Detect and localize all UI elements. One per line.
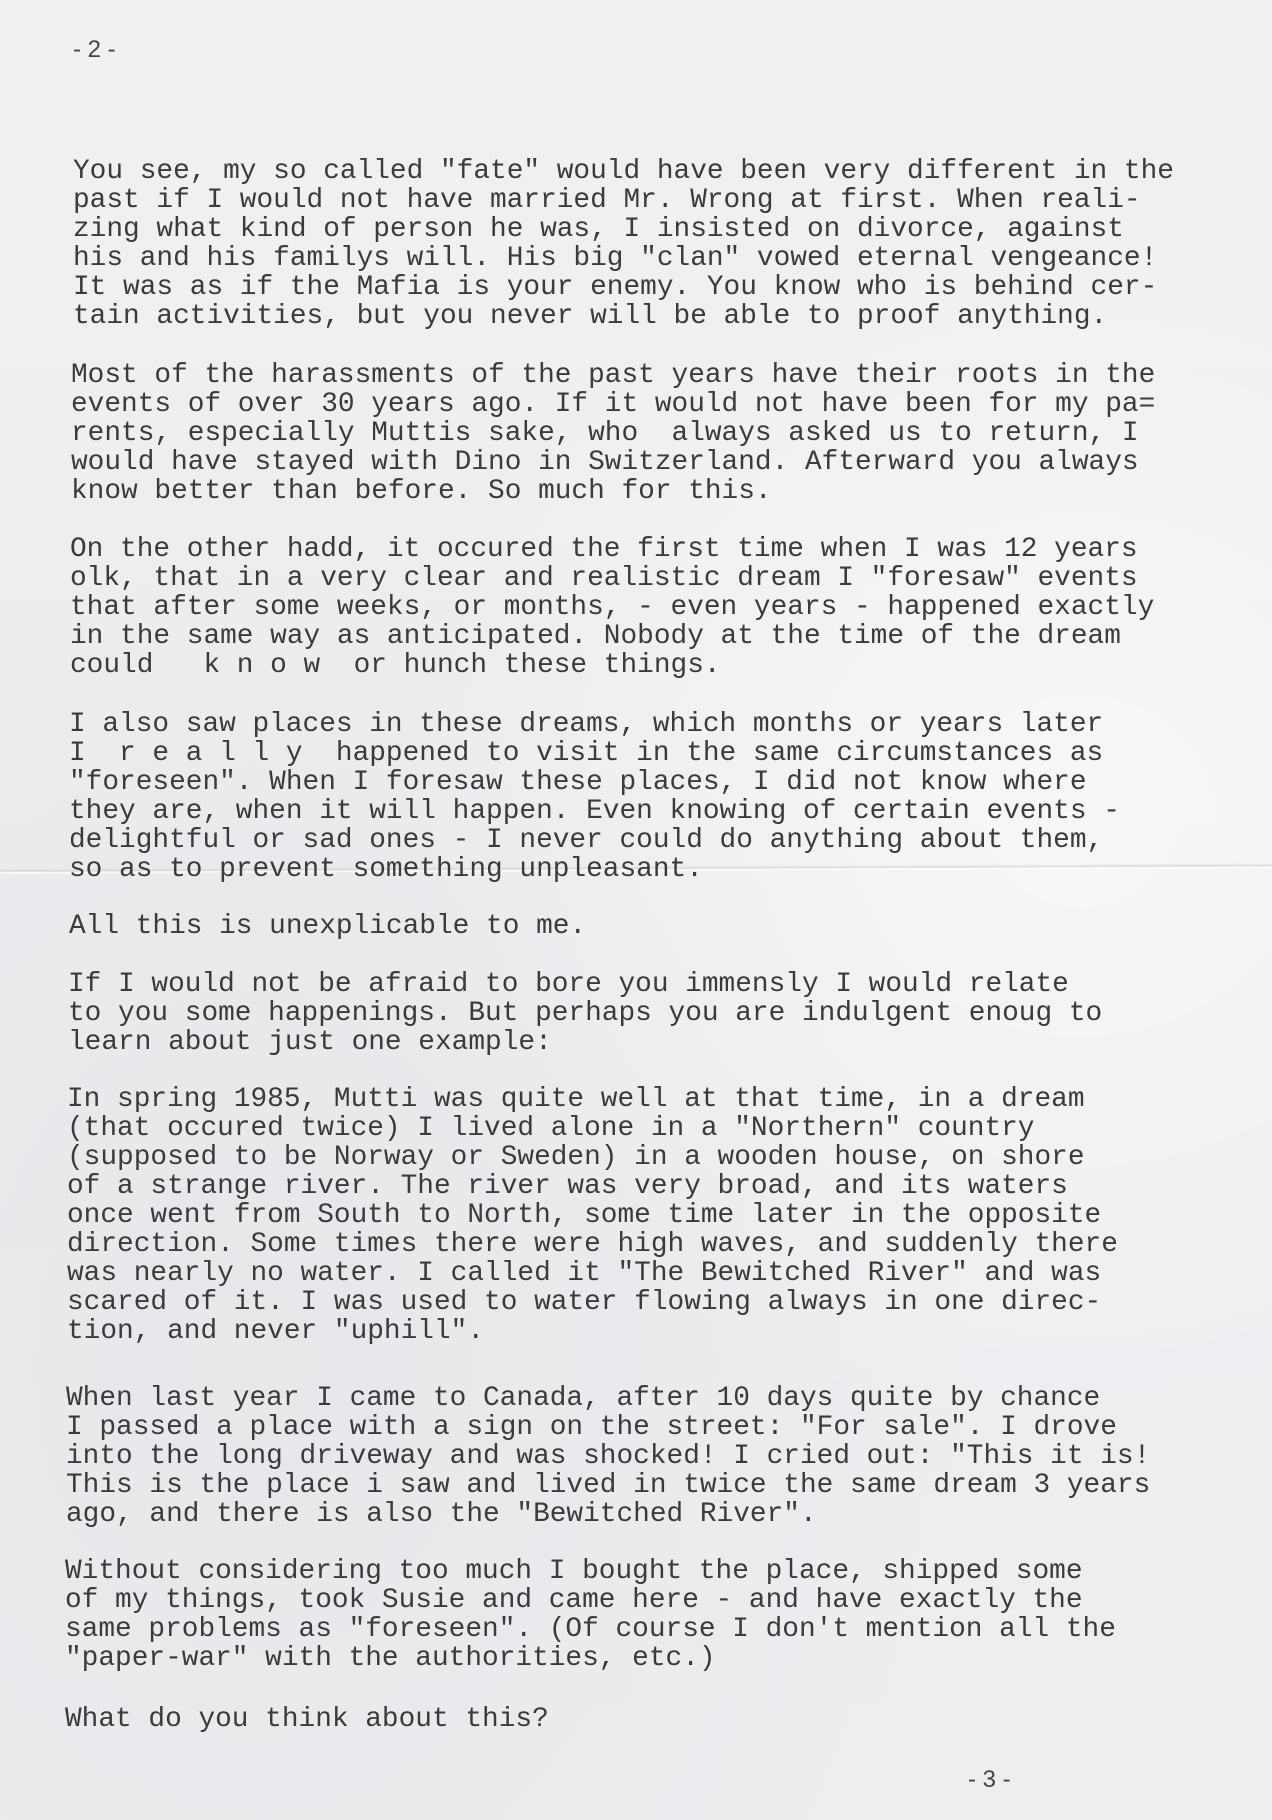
paragraph: If I would not be afraid to bore you imm… [68,970,1248,1057]
text-line: When last year I came to Canada, after 1… [66,1384,1246,1413]
text-line: past if I would not have married Mr. Wro… [73,186,1253,215]
text-line: into the long driveway and was shocked! … [66,1442,1246,1471]
text-line: in the same way as anticipated. Nobody a… [70,622,1250,651]
text-line: know better than before. So much for thi… [71,477,1251,506]
text-line: could k n o w or hunch these things. [70,651,1250,680]
text-line: (supposed to be Norway or Sweden) in a w… [67,1143,1247,1172]
paragraph: Most of the harassments of the past year… [71,361,1251,506]
text-line: scared of it. I was used to water flowin… [67,1288,1247,1317]
text-line: learn about just one example: [68,1028,1248,1057]
text-line: delightful or sad ones - I never could d… [69,826,1249,855]
text-line: his and his familys will. His big "clan"… [73,244,1253,273]
text-line: What do you think about this? [65,1705,1245,1734]
text-line: events of over 30 years ago. If it would… [71,390,1251,419]
text-line: Most of the harassments of the past year… [71,361,1251,390]
text-line: so as to prevent something unpleasant. [69,855,1249,884]
text-line: I passed a place with a sign on the stre… [66,1413,1246,1442]
paragraph: What do you think about this? [65,1705,1245,1734]
text-line: It was as if the Mafia is your enemy. Yo… [73,273,1253,302]
text-line: If I would not be afraid to bore you imm… [68,970,1248,999]
text-line: All this is unexplicable to me. [69,912,1249,941]
text-line: same problems as "foreseen". (Of course … [65,1615,1245,1644]
text-line: Without considering too much I bought th… [65,1557,1245,1586]
text-line: would have stayed with Dino in Switzerla… [71,448,1251,477]
footer-page-number: - 3 - [968,1766,1011,1794]
paragraph: I also saw places in these dreams, which… [69,710,1249,884]
paragraph: On the other hadd, it occured the first … [70,535,1250,680]
paragraph: All this is unexplicable to me. [69,912,1249,941]
paragraph: You see, my so called "fate" would have … [73,157,1253,331]
text-line: You see, my so called "fate" would have … [73,157,1253,186]
text-line: tain activities, but you never will be a… [73,302,1253,331]
text-line: On the other hadd, it occured the first … [70,535,1250,564]
text-line: of my things, took Susie and came here -… [65,1586,1245,1615]
text-line: once went from South to North, some time… [67,1201,1247,1230]
paragraph: Without considering too much I bought th… [65,1557,1245,1673]
text-line: was nearly no water. I called it "The Be… [67,1259,1247,1288]
text-line: tion, and never "uphill". [67,1317,1247,1346]
text-line: I also saw places in these dreams, which… [69,710,1249,739]
paragraph: When last year I came to Canada, after 1… [66,1384,1246,1529]
text-line: (that occured twice) I lived alone in a … [67,1114,1247,1143]
header-page-number: - 2 - [73,36,116,64]
text-line: I r e a l l y happened to visit in the s… [69,739,1249,768]
text-line: to you some happenings. But perhaps you … [68,999,1248,1028]
text-line: of a strange river. The river was very b… [67,1172,1247,1201]
text-line: they are, when it will happen. Even know… [69,797,1249,826]
text-line: direction. Some times there were high wa… [67,1230,1247,1259]
text-line: In spring 1985, Mutti was quite well at … [67,1085,1247,1114]
text-line: zing what kind of person he was, I insis… [73,215,1253,244]
text-line: "foreseen". When I foresaw these places,… [69,768,1249,797]
text-line: rents, especially Muttis sake, who alway… [71,419,1251,448]
text-line: This is the place i saw and lived in twi… [66,1471,1246,1500]
paragraph: In spring 1985, Mutti was quite well at … [67,1085,1247,1346]
text-line: that after some weeks, or months, - even… [70,593,1250,622]
text-line: "paper-war" with the authorities, etc.) [65,1644,1245,1673]
text-line: ago, and there is also the "Bewitched Ri… [66,1500,1246,1529]
text-line: olk, that in a very clear and realistic … [70,564,1250,593]
